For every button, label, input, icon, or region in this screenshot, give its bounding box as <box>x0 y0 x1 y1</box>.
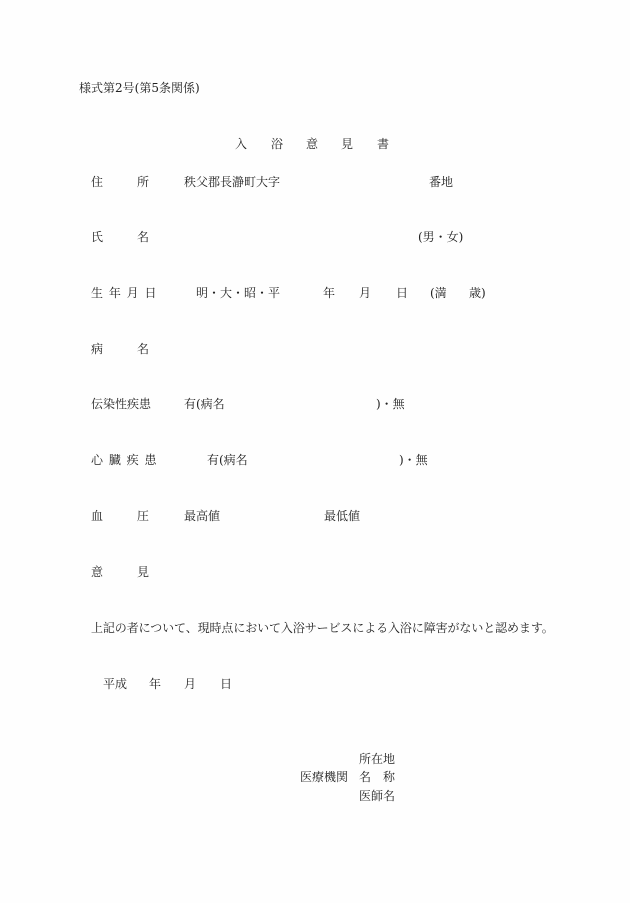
infectious-no-option: )・無 <box>376 397 405 411</box>
title-char: 書 <box>377 137 389 151</box>
institution-name-label: 名 称 <box>359 770 395 784</box>
birth-year-label: 年 <box>323 286 335 300</box>
birth-month-label: 月 <box>359 286 371 300</box>
blood-pressure-label-2: 圧 <box>137 509 149 523</box>
age-open: (満 <box>430 286 447 300</box>
form-number: 様式第2号(第5条関係) <box>79 81 200 95</box>
address-prefix: 秩父郡長瀞町大字 <box>184 175 280 189</box>
date-day-label: 日 <box>220 677 232 691</box>
document-page: 様式第2号(第5条関係) 入 浴 意 見 書 住 所 秩父郡長瀞町大字 番地 氏… <box>0 0 630 903</box>
date-year-label: 年 <box>149 677 161 691</box>
gender-options: (男・女) <box>418 230 463 244</box>
age-close: 歳) <box>469 286 486 300</box>
address-label-2: 所 <box>137 175 149 189</box>
infectious-yes-option: 有(病名 <box>184 397 225 411</box>
doctor-name-label: 医師名 <box>359 789 395 803</box>
heart-yes-option: 有(病名 <box>207 453 248 467</box>
max-value-label: 最高値 <box>184 509 220 523</box>
infectious-disease-label: 伝染性疾患 <box>91 397 151 411</box>
address-suffix: 番地 <box>429 175 453 189</box>
birthdate-label: 生 年 月 日 <box>91 286 157 300</box>
title-char: 見 <box>341 137 353 151</box>
title-char: 意 <box>306 137 318 151</box>
name-label-2: 名 <box>137 230 149 244</box>
location-label: 所在地 <box>359 752 395 766</box>
birth-day-label: 日 <box>396 286 408 300</box>
heart-no-option: )・無 <box>399 453 428 467</box>
date-month-label: 月 <box>184 677 196 691</box>
blood-pressure-label-1: 血 <box>91 509 103 523</box>
heart-disease-label: 心 臓 疾 患 <box>91 453 157 467</box>
institution-label: 医療機関 <box>300 770 348 784</box>
disease-label-1: 病 <box>91 342 103 356</box>
address-label-1: 住 <box>91 175 103 189</box>
certification-statement: 上記の者について、現時点において入浴サービスによる入浴に障害がないと認めます。 <box>91 621 554 635</box>
title-char: 入 <box>235 137 247 151</box>
name-label-1: 氏 <box>91 230 103 244</box>
opinion-label-2: 見 <box>137 565 149 579</box>
era-options: 明・大・昭・平 <box>196 286 280 300</box>
min-value-label: 最低値 <box>324 509 360 523</box>
date-era: 平成 <box>103 677 127 691</box>
disease-label-2: 名 <box>137 342 149 356</box>
opinion-label-1: 意 <box>91 565 103 579</box>
title-char: 浴 <box>271 137 283 151</box>
